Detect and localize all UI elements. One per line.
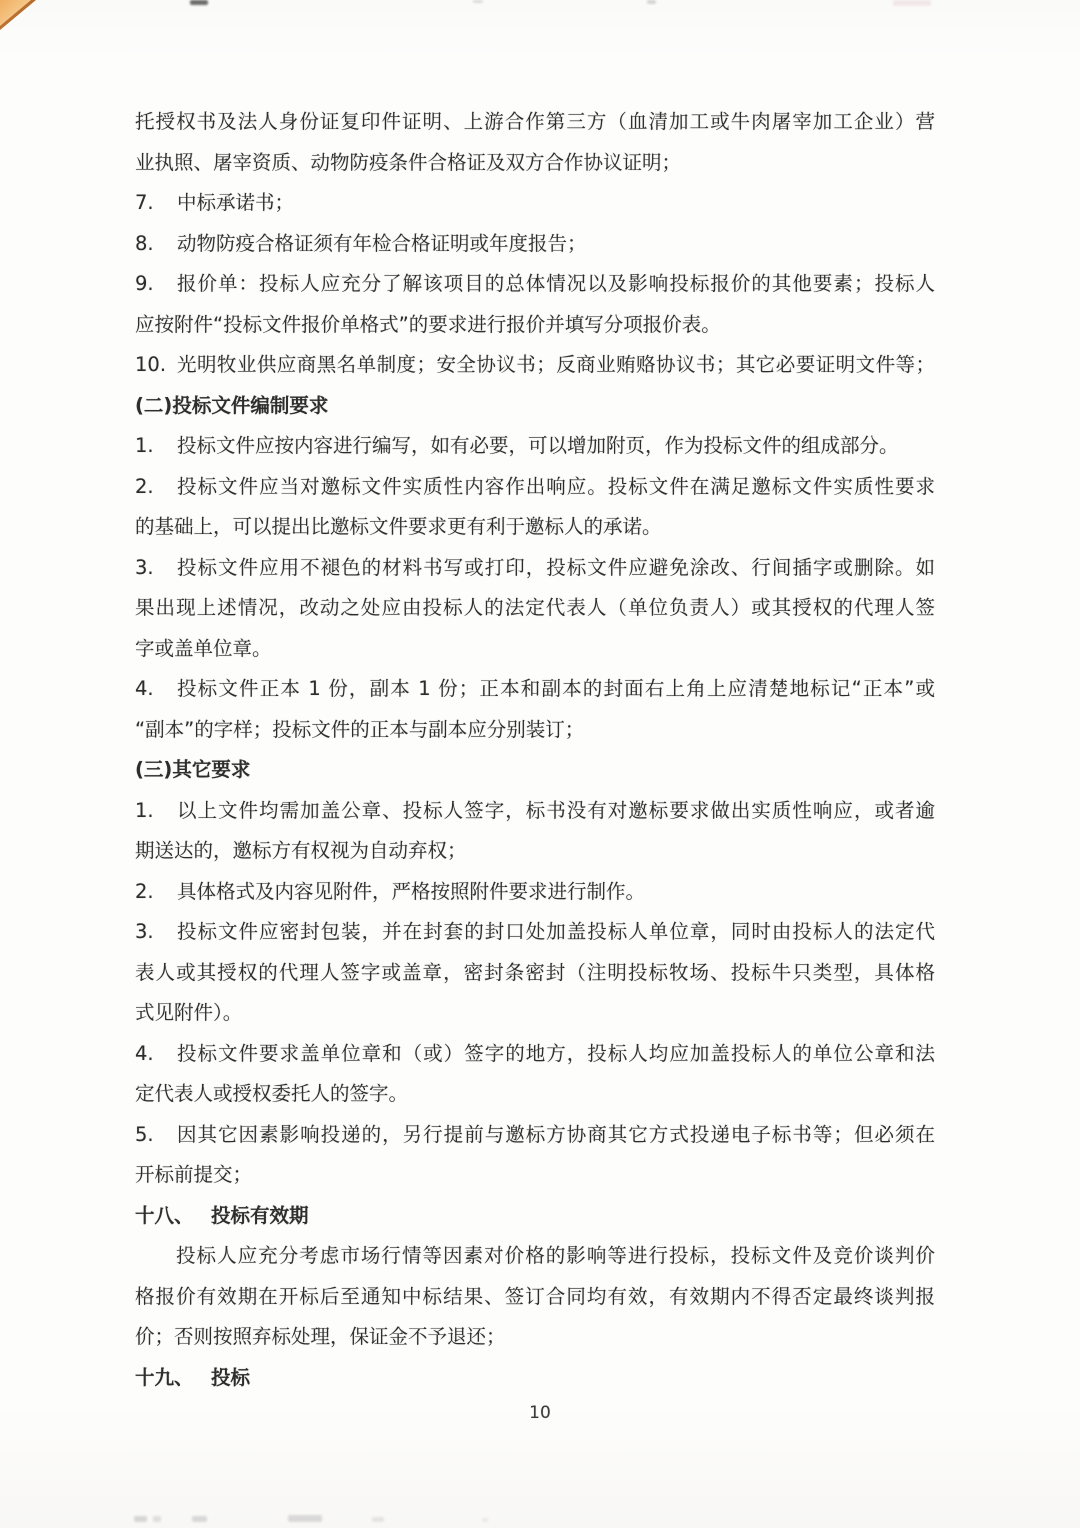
- line-text: 期送达的，邀标方有权视为自动弃权；: [135, 831, 935, 872]
- scan-artifact: [134, 1516, 147, 1522]
- list-marker: 4.: [135, 669, 177, 710]
- line-text: 果出现上述情况，改动之处应由投标人的法定代表人（单位负责人）或其授权的代理人签: [135, 588, 935, 629]
- list-marker: 4.: [135, 1034, 177, 1075]
- scan-artifact: [192, 1516, 207, 1522]
- scan-artifact: [288, 1515, 322, 1522]
- list-marker: 十九、: [135, 1358, 211, 1399]
- paragraph-line: 投标人应充分考虑市场行情等因素对价格的影响等进行投标，投标文件及竞价谈判价: [135, 1236, 935, 1277]
- list-marker: 1.: [135, 791, 177, 832]
- list-item-line: 8.动物防疫合格证须有年检合格证明或年度报告；: [135, 224, 935, 265]
- line-text: 投标文件应当对邀标文件实质性内容作出响应。投标文件在满足邀标文件实质性要求: [177, 467, 935, 508]
- line-text: “副本”的字样；投标文件的正本与副本应分别装订；: [135, 710, 935, 751]
- line-text: 报价单：投标人应充分了解该项目的总体情况以及影响投标报价的其他要素；投标人: [177, 264, 935, 305]
- line-text: 具体格式及内容见附件，严格按照附件要求进行制作。: [177, 872, 935, 913]
- scan-artifact: [647, 0, 656, 4]
- list-item-line: 5.因其它因素影响投递的，另行提前与邀标方协商其它方式投递电子标书等；但必须在: [135, 1115, 935, 1156]
- line-text: 动物防疫合格证须有年检合格证明或年度报告；: [177, 224, 935, 265]
- line-text: 应按附件“投标文件报价单格式”的要求进行报价并填写分项报价表。: [135, 305, 935, 346]
- list-marker: 2.: [135, 872, 177, 913]
- list-item-line: 9.报价单：投标人应充分了解该项目的总体情况以及影响投标报价的其他要素；投标人: [135, 264, 935, 305]
- paragraph-line: 应按附件“投标文件报价单格式”的要求进行报价并填写分项报价表。: [135, 305, 935, 346]
- line-text: 的基础上，可以提出比邀标文件要求更有利于邀标人的承诺。: [135, 507, 935, 548]
- scan-artifact: [372, 1517, 384, 1522]
- paragraph-line: “副本”的字样；投标文件的正本与副本应分别装订；: [135, 710, 935, 751]
- list-marker: 8.: [135, 224, 177, 265]
- line-text: 投标文件正本 1 份，副本 1 份；正本和副本的封面右上角上应清楚地标记“正本”…: [177, 669, 935, 710]
- scan-artifact: [190, 0, 208, 5]
- list-item-line: 4.投标文件要求盖单位章和（或）签字的地方，投标人均应加盖投标人的单位公章和法: [135, 1034, 935, 1075]
- line-text: 开标前提交；: [135, 1155, 935, 1196]
- line-text: 投标有效期: [211, 1196, 935, 1237]
- scan-artifact: [482, 1518, 488, 1522]
- paragraph-line: 定代表人或授权委托人的签字。: [135, 1074, 935, 1115]
- page-number: 10: [0, 1403, 1080, 1423]
- list-item-line: 4.投标文件正本 1 份，副本 1 份；正本和副本的封面右上角上应清楚地标记“正…: [135, 669, 935, 710]
- paragraph-line: 开标前提交；: [135, 1155, 935, 1196]
- paragraph-line: 价；否则按照弃标处理，保证金不予退还；: [135, 1317, 935, 1358]
- document-body: 托授权书及法人身份证复印件证明、上游合作第三方（血清加工或牛肉屠宰加工企业）营业…: [135, 102, 935, 1398]
- paragraph-line: 表人或其授权的代理人签字或盖章，密封条密封（注明投标牧场、投标牛只类型，具体格: [135, 953, 935, 994]
- list-marker: 7.: [135, 183, 177, 224]
- list-marker: 3.: [135, 912, 177, 953]
- paragraph-line: 果出现上述情况，改动之处应由投标人的法定代表人（单位负责人）或其授权的代理人签: [135, 588, 935, 629]
- line-text: 中标承诺书；: [177, 183, 935, 224]
- line-text: 投标文件应用不褪色的材料书写或打印，投标文件应避免涂改、行间插字或删除。如: [177, 548, 935, 589]
- line-text: 投标文件应按内容进行编写，如有必要，可以增加附页，作为投标文件的组成部分。: [177, 426, 935, 467]
- scan-artifact: [893, 0, 931, 6]
- list-item-line: 10.光明牧业供应商黑名单制度；安全协议书；反商业贿赂协议书；其它必要证明文件等…: [135, 345, 935, 386]
- paragraph-line: 字或盖单位章。: [135, 629, 935, 670]
- scan-artifact: [473, 0, 483, 3]
- list-item-line: 3.投标文件应用不褪色的材料书写或打印，投标文件应避免涂改、行间插字或删除。如: [135, 548, 935, 589]
- list-item-line: 2.具体格式及内容见附件，严格按照附件要求进行制作。: [135, 872, 935, 913]
- line-text: 字或盖单位章。: [135, 629, 935, 670]
- list-marker: 5.: [135, 1115, 177, 1156]
- line-text: 业执照、屠宰资质、动物防疫条件合格证及双方合作协议证明；: [135, 143, 935, 184]
- line-text: (三)其它要求: [135, 750, 935, 791]
- list-item-line: 1.投标文件应按内容进行编写，如有必要，可以增加附页，作为投标文件的组成部分。: [135, 426, 935, 467]
- line-text: 格报价有效期在开标后至通知中标结果、签订合同均有效，有效期内不得否定最终谈判报: [135, 1277, 935, 1318]
- scanned-document-page: 托授权书及法人身份证复印件证明、上游合作第三方（血清加工或牛肉屠宰加工企业）营业…: [0, 0, 1080, 1528]
- line-text: 定代表人或授权委托人的签字。: [135, 1074, 935, 1115]
- line-text: 表人或其授权的代理人签字或盖章，密封条密封（注明投标牧场、投标牛只类型，具体格: [135, 953, 935, 994]
- line-text: 以上文件均需加盖公章、投标人签字，标书没有对邀标要求做出实质性响应，或者逾: [177, 791, 935, 832]
- paragraph-line: 期送达的，邀标方有权视为自动弃权；: [135, 831, 935, 872]
- line-text: 托授权书及法人身份证复印件证明、上游合作第三方（血清加工或牛肉屠宰加工企业）营: [135, 102, 935, 143]
- line-text: 式见附件）。: [135, 993, 935, 1034]
- section-heading-line: 十九、投标: [135, 1358, 935, 1399]
- paragraph-line: 业执照、屠宰资质、动物防疫条件合格证及双方合作协议证明；: [135, 143, 935, 184]
- section-heading-line: (三)其它要求: [135, 750, 935, 791]
- line-text: 价；否则按照弃标处理，保证金不予退还；: [135, 1317, 935, 1358]
- paragraph-line: 格报价有效期在开标后至通知中标结果、签订合同均有效，有效期内不得否定最终谈判报: [135, 1277, 935, 1318]
- list-marker: 10.: [135, 345, 177, 386]
- list-marker: 十八、: [135, 1196, 211, 1237]
- list-marker: 2.: [135, 467, 177, 508]
- list-marker: 3.: [135, 548, 177, 589]
- line-text: 投标人应充分考虑市场行情等因素对价格的影响等进行投标，投标文件及竞价谈判价: [135, 1236, 935, 1277]
- paragraph-line: 式见附件）。: [135, 993, 935, 1034]
- list-item-line: 3.投标文件应密封包装，并在封套的封口处加盖投标人单位章，同时由投标人的法定代: [135, 912, 935, 953]
- line-text: 因其它因素影响投递的，另行提前与邀标方协商其它方式投递电子标书等；但必须在: [177, 1115, 935, 1156]
- line-text: (二)投标文件编制要求: [135, 386, 935, 427]
- list-item-line: 7.中标承诺书；: [135, 183, 935, 224]
- scan-artifact: [153, 1516, 161, 1522]
- list-item-line: 2.投标文件应当对邀标文件实质性内容作出响应。投标文件在满足邀标文件实质性要求: [135, 467, 935, 508]
- paragraph-line: 托授权书及法人身份证复印件证明、上游合作第三方（血清加工或牛肉屠宰加工企业）营: [135, 102, 935, 143]
- paragraph-line: 的基础上，可以提出比邀标文件要求更有利于邀标人的承诺。: [135, 507, 935, 548]
- list-marker: 1.: [135, 426, 177, 467]
- line-text: 投标文件应密封包装，并在封套的封口处加盖投标人单位章，同时由投标人的法定代: [177, 912, 935, 953]
- line-text: 光明牧业供应商黑名单制度；安全协议书；反商业贿赂协议书；其它必要证明文件等；: [177, 345, 935, 386]
- section-heading-line: 十八、投标有效期: [135, 1196, 935, 1237]
- line-text: 投标: [211, 1358, 935, 1399]
- list-marker: 9.: [135, 264, 177, 305]
- section-heading-line: (二)投标文件编制要求: [135, 386, 935, 427]
- line-text: 投标文件要求盖单位章和（或）签字的地方，投标人均应加盖投标人的单位公章和法: [177, 1034, 935, 1075]
- folded-paper-corner-icon: [0, 0, 36, 30]
- list-item-line: 1.以上文件均需加盖公章、投标人签字，标书没有对邀标要求做出实质性响应，或者逾: [135, 791, 935, 832]
